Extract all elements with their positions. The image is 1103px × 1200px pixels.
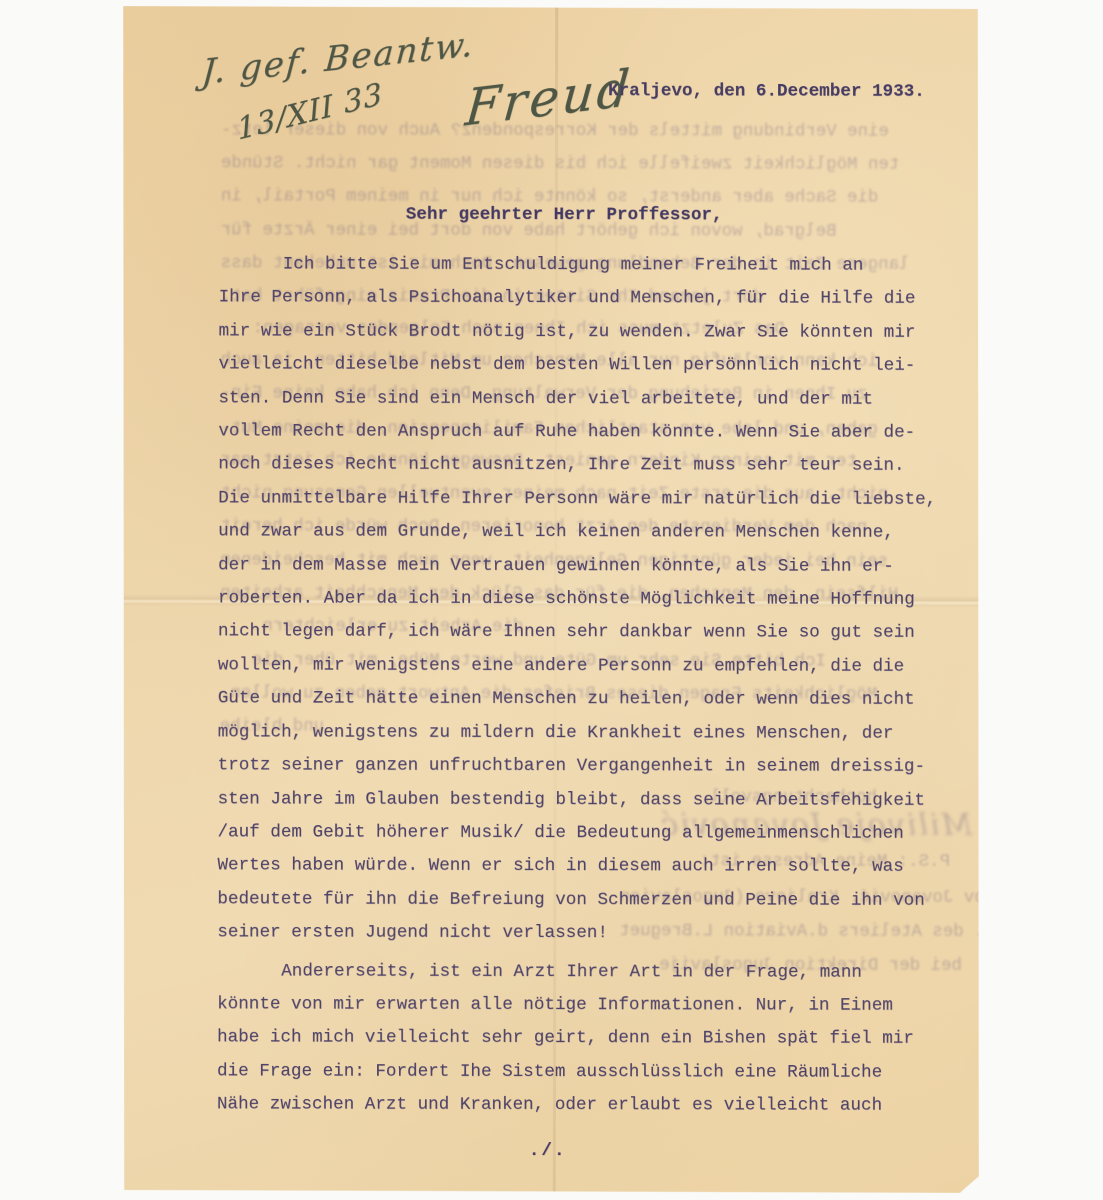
letter-line: Ich bitte Sie um Entschuldigung meiner F… (219, 248, 967, 283)
letter-line: Güte und Zeit hätte einen Menschen zu he… (218, 683, 966, 718)
letter-line: mir wie ein Stück Brodt nötig ist, zu we… (219, 315, 967, 350)
show-through-layer: eine Verbindung mittels der Korresponden… (123, 6, 981, 8)
letter-line: bedeutete für ihn die Befreiung von Schm… (217, 883, 965, 918)
letter-paragraph: Ich bitte Sie um Entschuldigung meiner F… (217, 248, 966, 951)
letter-salutation: Sehr geehrter Herr Proffessor, (406, 205, 723, 226)
annotation-received-note: J. gef. Beantw. (200, 24, 476, 93)
annotation-date-note: 13/XII 33 (235, 76, 384, 147)
letter-line: Die unmittelbare Hilfe Ihrer Personn wär… (218, 482, 966, 517)
show-through-line: ten Möglichkeit zweifelle ich bis diesen… (221, 154, 899, 174)
letter-line: die Frage ein: Fordert Ihe Sistem aussch… (217, 1055, 965, 1090)
letter-line: seiner ersten Jugend nicht verlassen! (217, 916, 965, 951)
page-continuation-mark: ./. (529, 1141, 567, 1161)
letter-paragraph: Andererseits, ist ein Arzt Ihrer Art in … (217, 955, 965, 1124)
letter-line: noch dieses Recht nicht ausnitzen, Ihre … (218, 449, 966, 484)
letter-line: Wertes haben würde. Wenn er sich in dies… (217, 850, 965, 885)
letter-dateline: Kraljevo, den 6.December 1933. (608, 81, 925, 102)
letter-line: vollem Recht den Anspruch auf Ruhe haben… (218, 415, 966, 450)
letter-line: sten. Denn Sie sind ein Mensch der viel … (218, 382, 966, 417)
letter-line: Nähe zwischen Arzt und Kranken, oder erl… (217, 1088, 965, 1123)
letter-line: habe ich mich vielleicht sehr geirt, den… (217, 1022, 965, 1057)
letter-line: /auf dem Gebit höherer Musik/ die Bedeut… (217, 816, 965, 851)
letter-line: der in dem Masse mein Vertrauen gewinnen… (218, 549, 966, 584)
letter-line: roberten. Aber da ich in diese schönste … (218, 582, 966, 617)
letter-line: möglich, wenigstens zu mildern die Krank… (218, 716, 966, 751)
scanned-letter: eine Verbindung mittels der Korresponden… (0, 0, 1103, 1200)
letter-line: Ihre Personn, als Psichoanalytiker und M… (219, 282, 967, 317)
letter-line: könnte von mir erwarten alle nötige Info… (217, 988, 965, 1023)
letter-body: Ich bitte Sie um Entschuldigung meiner F… (217, 248, 967, 1123)
letter-line: und zwar aus dem Grunde, weil ich keinen… (218, 516, 966, 551)
letter-line: vielleicht dieselbe nebst dem besten Wil… (218, 349, 966, 384)
letter-line: trotz seiner ganzen unfruchtbaren Vergan… (218, 749, 966, 784)
letter-line: wollten, mir wenigstens eine andere Pers… (218, 649, 966, 684)
letter-line: nicht legen darf, ich wäre Ihnen sehr da… (218, 616, 966, 651)
letter-paper: eine Verbindung mittels der Korresponden… (121, 6, 981, 1193)
letter-line: Andererseits, ist ein Arzt Ihrer Art in … (217, 955, 965, 990)
letter-line: sten Jahre im Glauben bestendig bleibt, … (218, 783, 966, 818)
